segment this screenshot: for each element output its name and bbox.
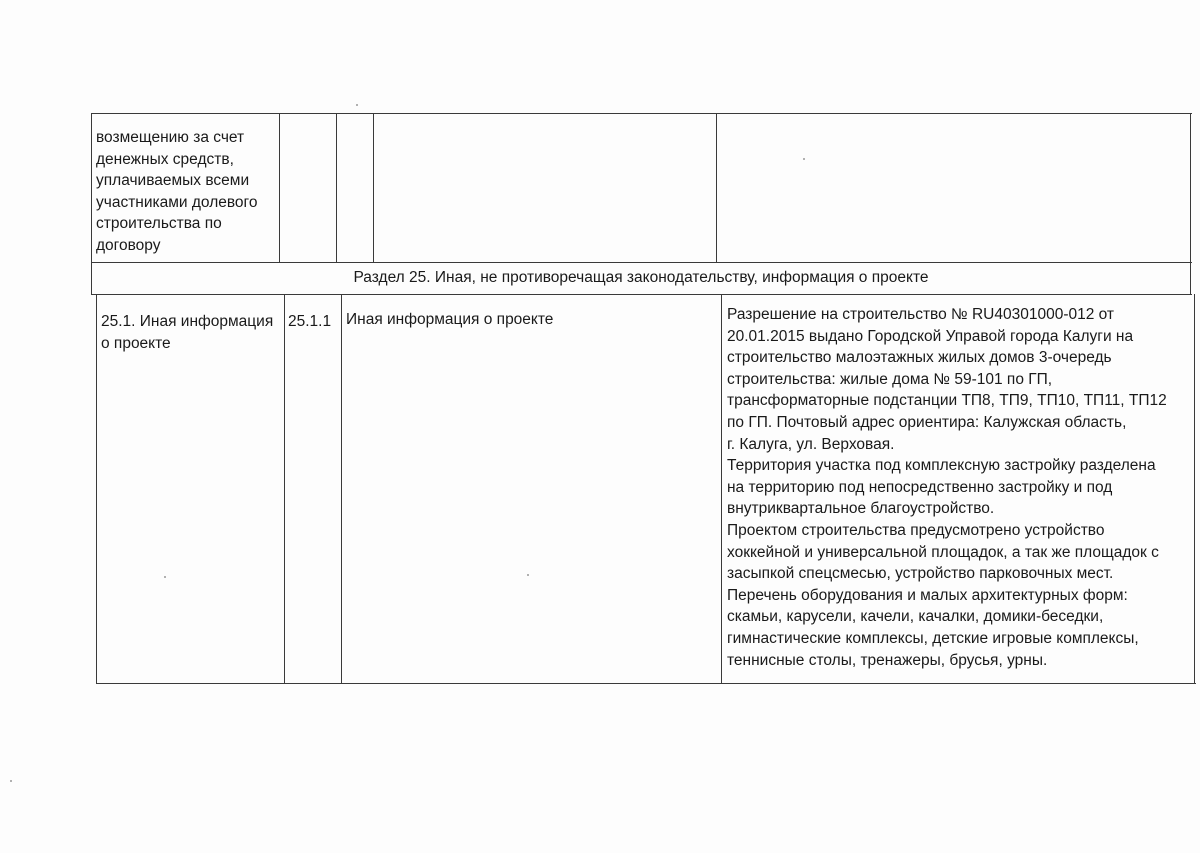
row-25-1-value: Разрешение на строительство № RU40301000…: [727, 304, 1192, 671]
row-divider-1: [284, 294, 285, 683]
scan-speck: [803, 158, 805, 160]
table-bottom-border: [96, 683, 1196, 684]
scan-speck: [10, 780, 12, 782]
table-right-border-lower: [1194, 294, 1195, 684]
section-header-top-border: [91, 262, 1192, 263]
table-right-border: [1190, 113, 1191, 295]
table-left-border-lower: [96, 294, 97, 684]
row-25-1-code: 25.1.1: [288, 311, 340, 333]
scan-speck: [164, 576, 166, 578]
row-25-1-item-label: Иная информация о проекте: [346, 309, 716, 331]
row-divider-2: [341, 294, 342, 683]
top-row-divider-2: [336, 113, 337, 263]
scan-speck: [356, 104, 358, 106]
row-25-1-title: 25.1. Иная информация о проекте: [101, 311, 283, 354]
section-25-header: Раздел 25. Иная, не противоречащая закон…: [92, 267, 1190, 289]
top-row-divider-3: [373, 113, 374, 263]
table-top-border: [91, 113, 1192, 114]
top-row-cell-text: возмещению за счет денежных средств, упл…: [96, 127, 278, 257]
top-row-divider-4: [716, 113, 717, 263]
top-row-divider-1: [279, 113, 280, 263]
section-header-bottom-border: [91, 294, 1192, 295]
scanned-document-page: возмещению за счет денежных средств, упл…: [0, 0, 1200, 853]
row-divider-3: [721, 294, 722, 683]
scan-speck: [527, 574, 529, 576]
